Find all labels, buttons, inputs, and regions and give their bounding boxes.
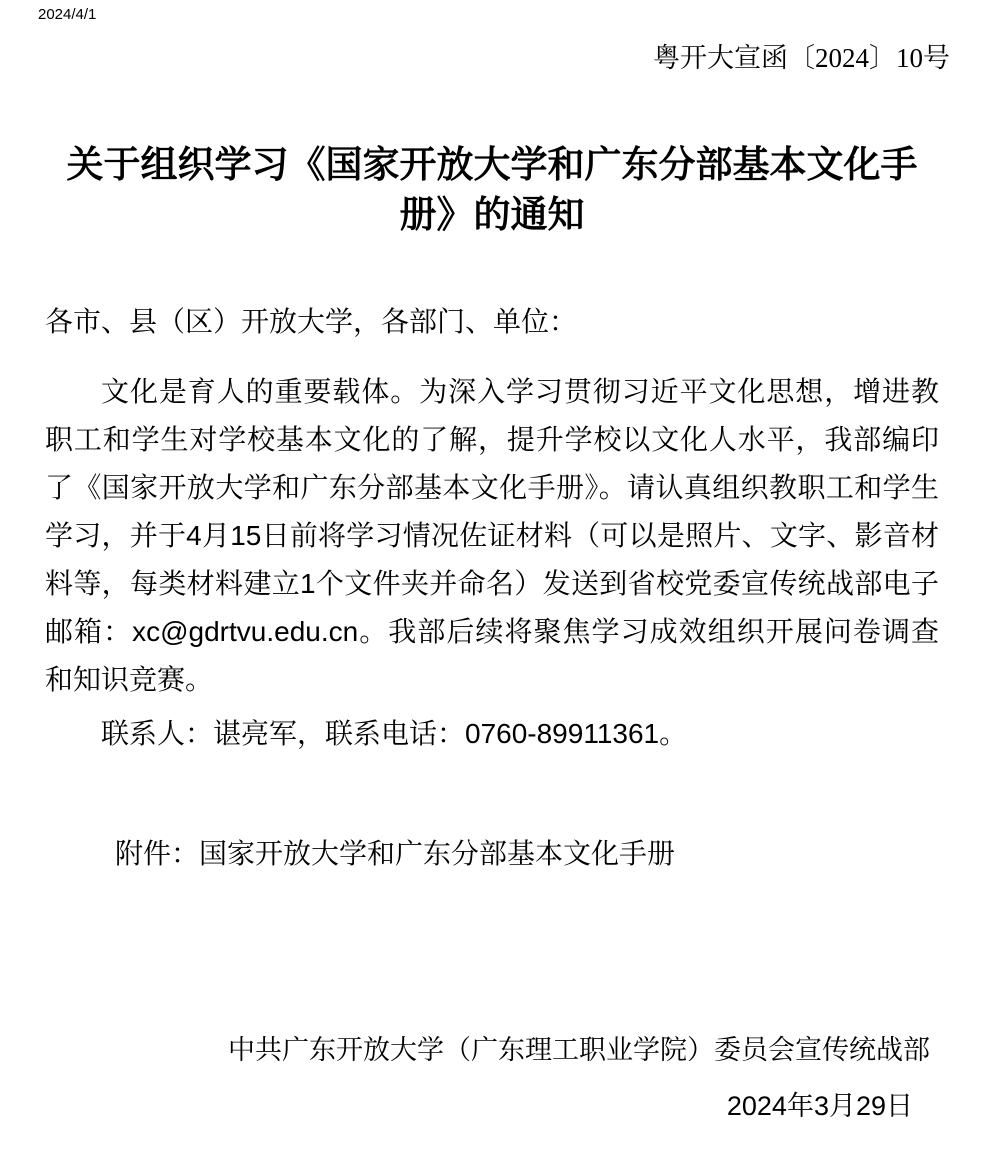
contact-line: 联系人：谌亮军，联系电话：0760-89911361。: [45, 710, 939, 758]
print-header-date: 2024/4/1: [38, 6, 96, 24]
document-reference-number: 粤开大宣函〔2024〕10号: [0, 40, 984, 76]
document-page: 2024/4/1 粤开大宣函〔2024〕10号 关于组织学习《国家开放大学和广东…: [0, 0, 984, 1161]
signature-organization: 中共广东开放大学（广东理工职业学院）委员会宣传统战部: [0, 1026, 984, 1074]
attachment-line: 附件：国家开放大学和广东分部基本文化手册: [45, 830, 939, 878]
body-paragraph: 文化是育人的重要载体。为深入学习贯彻习近平文化思想，增进教职工和学生对学校基本文…: [45, 368, 939, 704]
salutation-line: 各市、县（区）开放大学，各部门、单位：: [45, 300, 939, 344]
signature-date: 2024年3月29日: [0, 1082, 984, 1130]
document-title: 关于组织学习《国家开放大学和广东分部基本文化手册》的通知: [61, 140, 923, 240]
